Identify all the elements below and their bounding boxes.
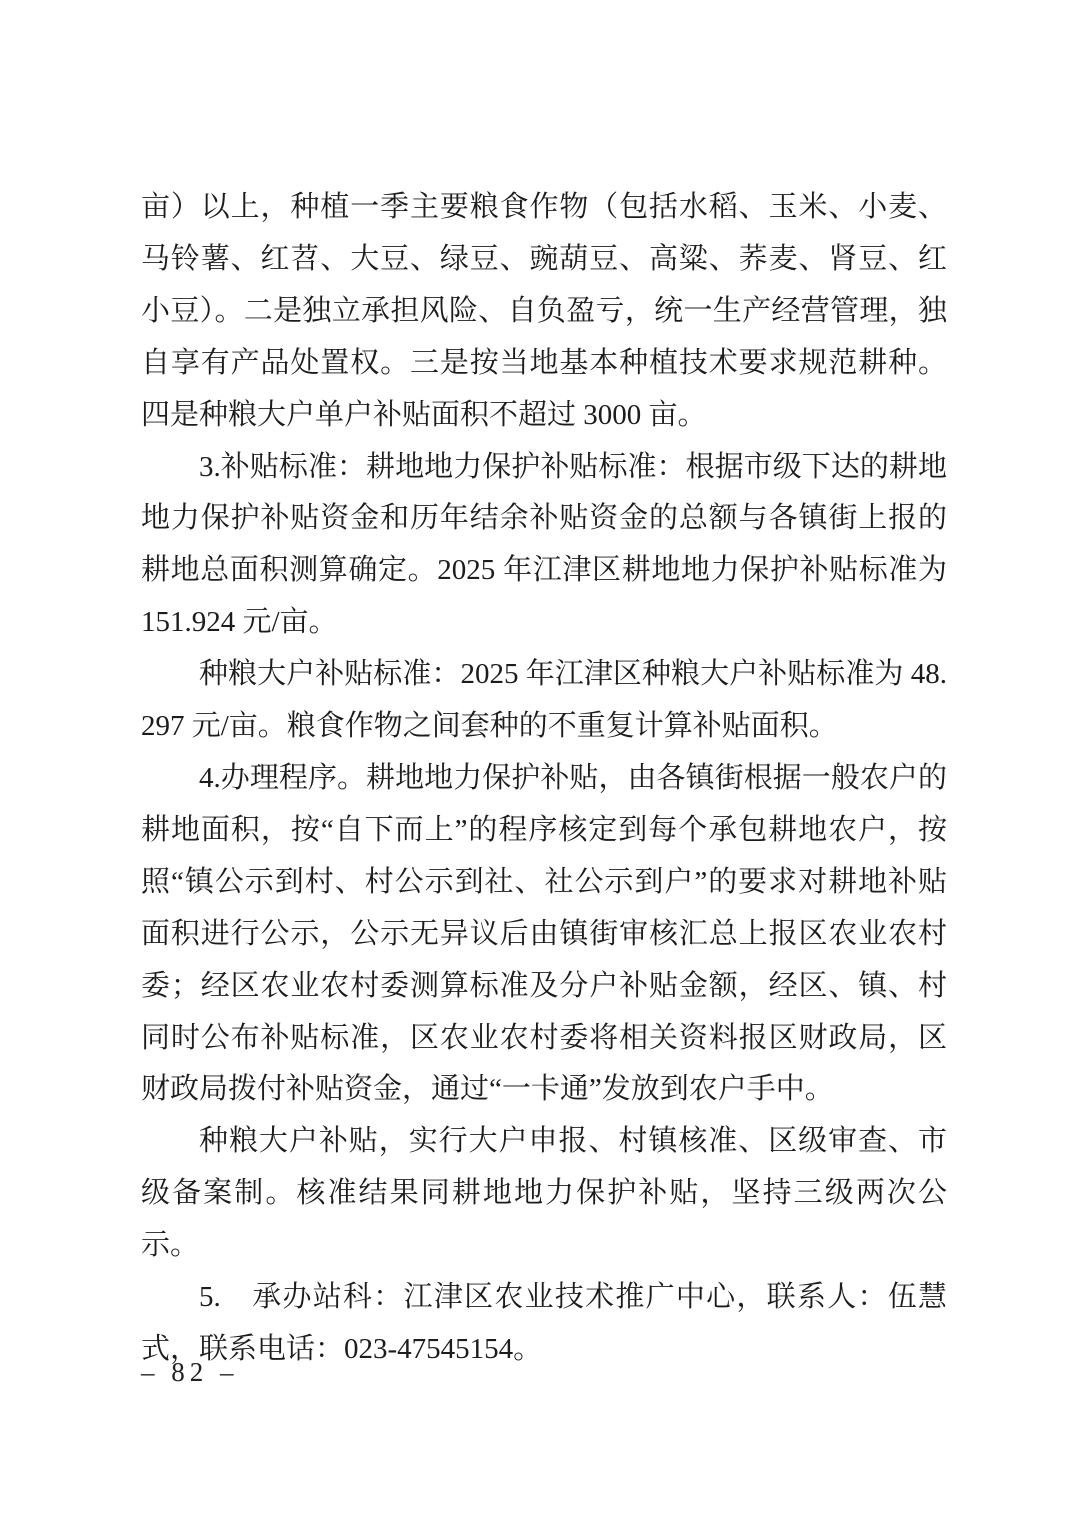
page-number: – 82 –: [141, 1352, 239, 1392]
body-paragraph: 种粮大户补贴标准：2025 年江津区种粮大户补贴标准为 48.297 元/亩。粮…: [141, 649, 947, 753]
body-paragraph: 5. 承办站科：江津区农业技术推广中心，联系人：伍慧式，联系电话：023-475…: [141, 1272, 947, 1376]
body-paragraph: 亩）以上，种植一季主要粮食作物（包括水稻、玉米、小麦、马铃薯、红苕、大豆、绿豆、…: [141, 182, 947, 442]
body-paragraph: 种粮大户补贴，实行大户申报、村镇核准、区级审查、市级备案制。核准结果同耕地地力保…: [141, 1116, 947, 1272]
document-body: 亩）以上，种植一季主要粮食作物（包括水稻、玉米、小麦、马铃薯、红苕、大豆、绿豆、…: [141, 182, 947, 1376]
body-paragraph: 4.办理程序。耕地地力保护补贴，由各镇街根据一般农户的耕地面积，按“自下而上”的…: [141, 753, 947, 1116]
document-page: 亩）以上，种植一季主要粮食作物（包括水稻、玉米、小麦、马铃薯、红苕、大豆、绿豆、…: [0, 0, 1074, 1520]
body-paragraph: 3.补贴标准：耕地地力保护补贴标准：根据市级下达的耕地地力保护补贴资金和历年结余…: [141, 442, 947, 650]
